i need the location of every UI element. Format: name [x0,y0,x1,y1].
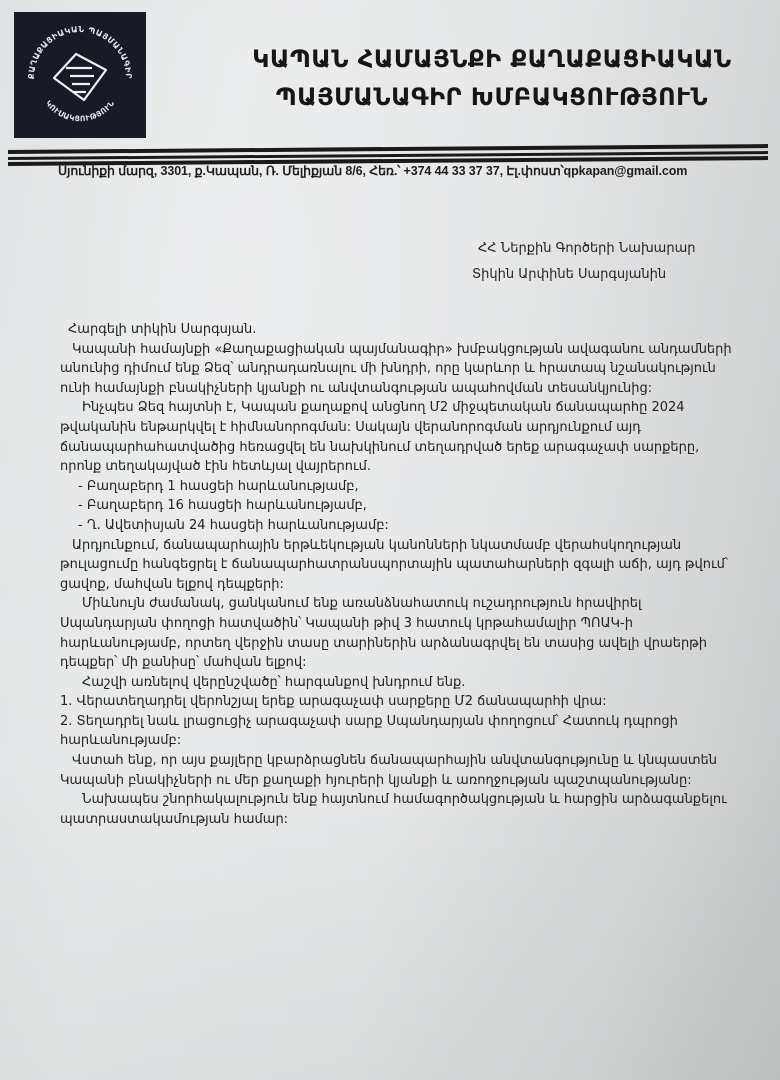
logo-ring-bottom: ԿՈՒՍԱԿՑՈՒԹՅՈՒՆ [44,99,117,124]
svg-text:ԿՈՒՍԱԿՑՈՒԹՅՈՒՆ: ԿՈՒՍԱԿՑՈՒԹՅՈՒՆ [44,99,117,124]
location-item: - Բաղաբերդ 1 հասցեի հարևանությամբ, [60,477,740,497]
party-logo: ՔԱՂԱՔԱՑԻԱԿԱՆ ՊԱՅՄԱՆԱԳԻՐ ԿՈՒՍԱԿՑՈՒԹՅՈՒՆ [14,12,146,138]
organization-title-line1: ԿԱՊԱՆ ՀԱՄԱՅՆՔԻ ՔԱՂԱՔԱՑԻԱԿԱՆ [222,40,762,78]
svg-text:ՔԱՂԱՔԱՑԻԱԿԱՆ ՊԱՅՄԱՆԱԳԻՐ: ՔԱՂԱՔԱՑԻԱԿԱՆ ՊԱՅՄԱՆԱԳԻՐ [27,25,133,80]
location-item: - Բաղաբերդ 16 հասցեի հարևանությամբ, [60,496,740,516]
paragraph: Միևնույն ժամանակ, ցանկանում ենք առանձնահ… [60,594,740,672]
organization-title-line2: ՊԱՅՄԱՆԱԳԻՐ ԽՄԲԱԿՑՈՒԹՅՈՒՆ [222,78,762,116]
request-item: 1. Վերատեղադրել վերոնշյալ երեք արագաչափ … [60,692,740,712]
paragraph: Վստահ ենք, որ այս քայլերը կբարձրացնեն ճա… [60,751,740,790]
recipient-block: ՀՀ Ներքին Գործերի Նախարար Տիկին Արփինե Ս… [478,236,695,288]
letter-body: Հարգելի տիկին Սարգսյան. Կապանի համայնքի … [60,320,740,829]
salutation: Հարգելի տիկին Սարգսյան. [60,320,740,340]
logo-ring-top: ՔԱՂԱՔԱՑԻԱԿԱՆ ՊԱՅՄԱՆԱԳԻՐ [27,25,133,80]
paragraph: Նախապես շնորհակալություն ենք հայտնում հա… [60,790,740,829]
recipient-name: Տիկին Արփինե Սարգսյանին [472,262,695,288]
recipient-title: ՀՀ Ներքին Գործերի Նախարար [478,236,695,262]
paragraph: Ինչպես Ձեզ հայտնի է, Կապան քաղաքով անցնո… [60,398,740,476]
request-item: 2. Տեղադրել նաև լրացուցիչ արագաչափ սարք … [60,712,740,751]
handshake-icon: ՔԱՂԱՔԱՑԻԱԿԱՆ ՊԱՅՄԱՆԱԳԻՐ ԿՈՒՍԱԿՑՈՒԹՅՈՒՆ [14,12,146,138]
contact-line: Սյունիքի մարզ, 3301, ք.Կապան, Ռ. Մելիքյա… [58,163,687,178]
paragraph: Արդյունքում, ճանապարհային երթևեկության կ… [60,536,740,595]
paragraph: Կապանի համայնքի «Քաղաքացիական պայմանագիր… [60,340,740,399]
organization-title: ԿԱՊԱՆ ՀԱՄԱՅՆՔԻ ՔԱՂԱՔԱՑԻԱԿԱՆ ՊԱՅՄԱՆԱԳԻՐ Խ… [222,40,762,116]
location-item: - Ղ. Ավետիսյան 24 հասցեի հարևանությամբ: [60,516,740,536]
paragraph: Հաշվի առնելով վերընշվածը՝ հարգանքով խնդր… [60,673,740,693]
